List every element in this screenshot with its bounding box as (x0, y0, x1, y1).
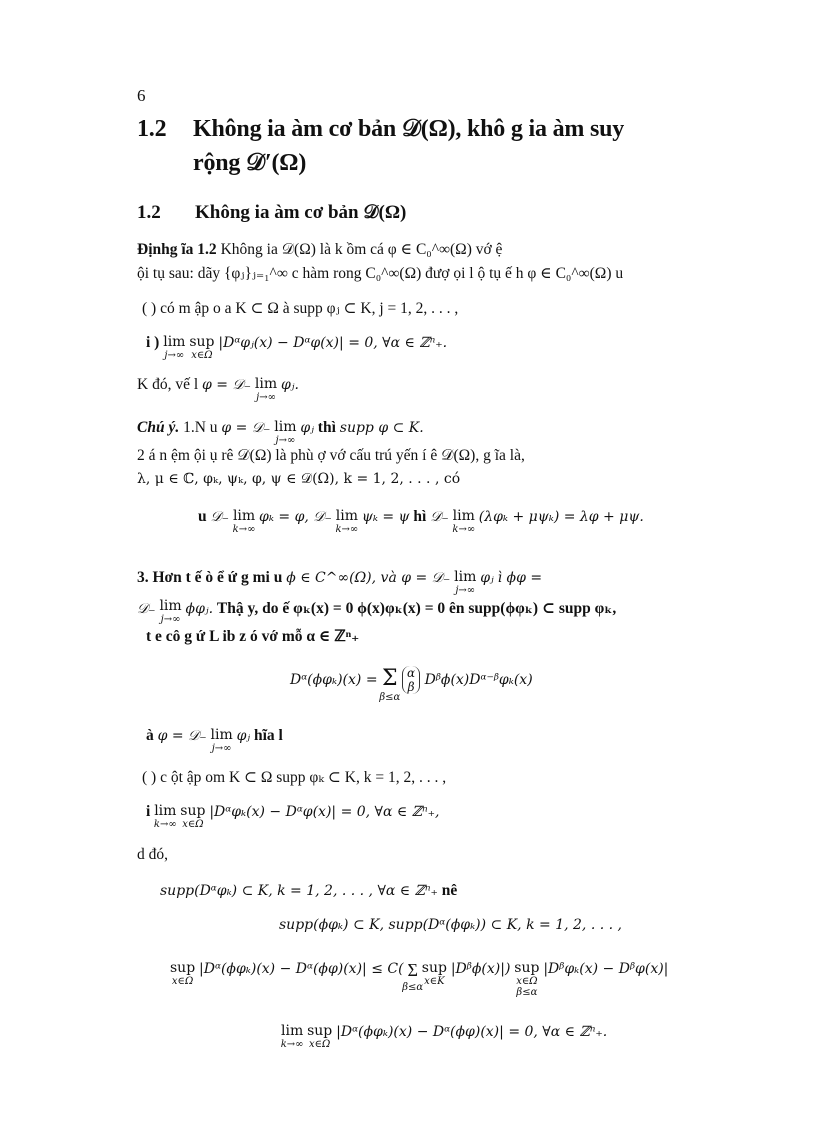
page-number: 6 (137, 86, 146, 106)
remark-item2-equation: u 𝒟₋ limk→∞ φₖ = φ, 𝒟₋ limk→∞ ψₖ = ψ hì … (198, 508, 644, 526)
remark-item1: Chú ý. 1.N u φ = 𝒟₋ limj→∞ φⱼ thì supp φ… (137, 419, 424, 437)
item3-supp-line: supp(Dᵅφₖ) ⊂ K, k = 1, 2, . . . , ∀α ∈ ℤ… (160, 882, 457, 900)
definition-conclusion: K đó, vế l φ = 𝒟₋ limj→∞ φⱼ. (137, 376, 299, 394)
section-title-line2: rộng 𝒟′(Ω) (193, 150, 306, 177)
section-title-text: Không ia àm cơ bản 𝒟(Ω), khô g ia àm suy (193, 116, 624, 142)
lim-operator: limj→∞ (163, 334, 185, 350)
subsection-number: 1.2 (137, 202, 195, 224)
item3-final: limk→∞ supx∈Ω |Dᵅ(ϕφₖ)(x) − Dᵅ(ϕφ)(x)| =… (281, 1023, 607, 1041)
definition-condition-i: ( ) có m ập o a K ⊂ Ω à supp φⱼ ⊂ K, j =… (142, 299, 458, 318)
sup-operator: supx∈Ω (189, 334, 214, 350)
subsection-title-text: Không ia àm cơ bản 𝒟(Ω) (195, 202, 406, 223)
definition-text-1: Không ia 𝒟(Ω) là k ồm cá φ ∈ C₀^∞(Ω) vớ … (221, 241, 503, 258)
definition-label: Địnhg ĩa 1.2 (137, 241, 217, 258)
item3-line3: t e cô g ứ L ib z ó vớ mỗ α ∈ ℤⁿ₊ (146, 626, 359, 646)
section-number: 1.2 (137, 116, 193, 143)
remark-item2-line2: λ, μ ∈ ℂ, φₖ, ψₖ, φ, ψ ∈ 𝒟(Ω), k = 1, 2,… (137, 471, 460, 487)
item3-therefore: d đó, (137, 846, 168, 864)
remark-label: Chú ý. (137, 419, 179, 436)
item3-condition-i: ( ) c ột ập om K ⊂ Ω supp φₖ ⊂ K, k = 1,… (142, 768, 446, 787)
item3-line2: 𝒟₋ limj→∞ ϕφⱼ. Thậ y, do ế φₖ(x) = 0 ϕ(x… (137, 598, 616, 618)
section-title-line1: 1.2Không ia àm cơ bản 𝒟(Ω), khô g ia àm … (137, 116, 624, 143)
definition-condition-ii: i ) limj→∞ supx∈Ω |Dᵅφⱼ(x) − Dᵅφ(x)| = 0… (146, 334, 447, 352)
definition-line1: Địnhg ĩa 1.2 Không ia 𝒟(Ω) là k ồm cá φ … (137, 240, 502, 259)
item3-line1: 3. Hơn t ế ò ể ứ g mi u ϕ ∈ C^∞(Ω), và φ… (137, 569, 542, 587)
item3-condition-ii: i limk→∞ supx∈Ω |Dᵅφₖ(x) − Dᵅφ(x)| = 0, … (146, 803, 439, 821)
item3-meaning: à φ = 𝒟₋ limj→∞ φⱼ hĩa l (146, 727, 283, 745)
subsection-title: 1.2Không ia àm cơ bản 𝒟(Ω) (137, 202, 406, 224)
definition-line2: ội tụ sau: dãy {φⱼ}ⱼ₌₁^∞ c hàm rong C₀^∞… (137, 264, 623, 283)
formula: |Dᵅφⱼ(x) − Dᵅφ(x)| = 0, ∀α ∈ ℤⁿ₊. (218, 335, 447, 351)
item3-inequality: supx∈Ω |Dᵅ(ϕφₖ)(x) − Dᵅ(ϕφ)(x)| ≤ C( Σβ≤… (170, 960, 668, 981)
leibniz-formula: Dᵅ(ϕφₖ)(x) = Σβ≤α αβ Dᵝϕ(x)Dᵅ⁻ᵝφₖ(x) (290, 666, 533, 694)
item3-supp-line2: supp(ϕφₖ) ⊂ K, supp(Dᵅ(ϕφₖ)) ⊂ K, k = 1,… (279, 917, 622, 933)
remark-item2-line1: 2 á n ệm ội ụ rê 𝒟(Ω) là phù ợ vớ cấu tr… (137, 447, 525, 465)
